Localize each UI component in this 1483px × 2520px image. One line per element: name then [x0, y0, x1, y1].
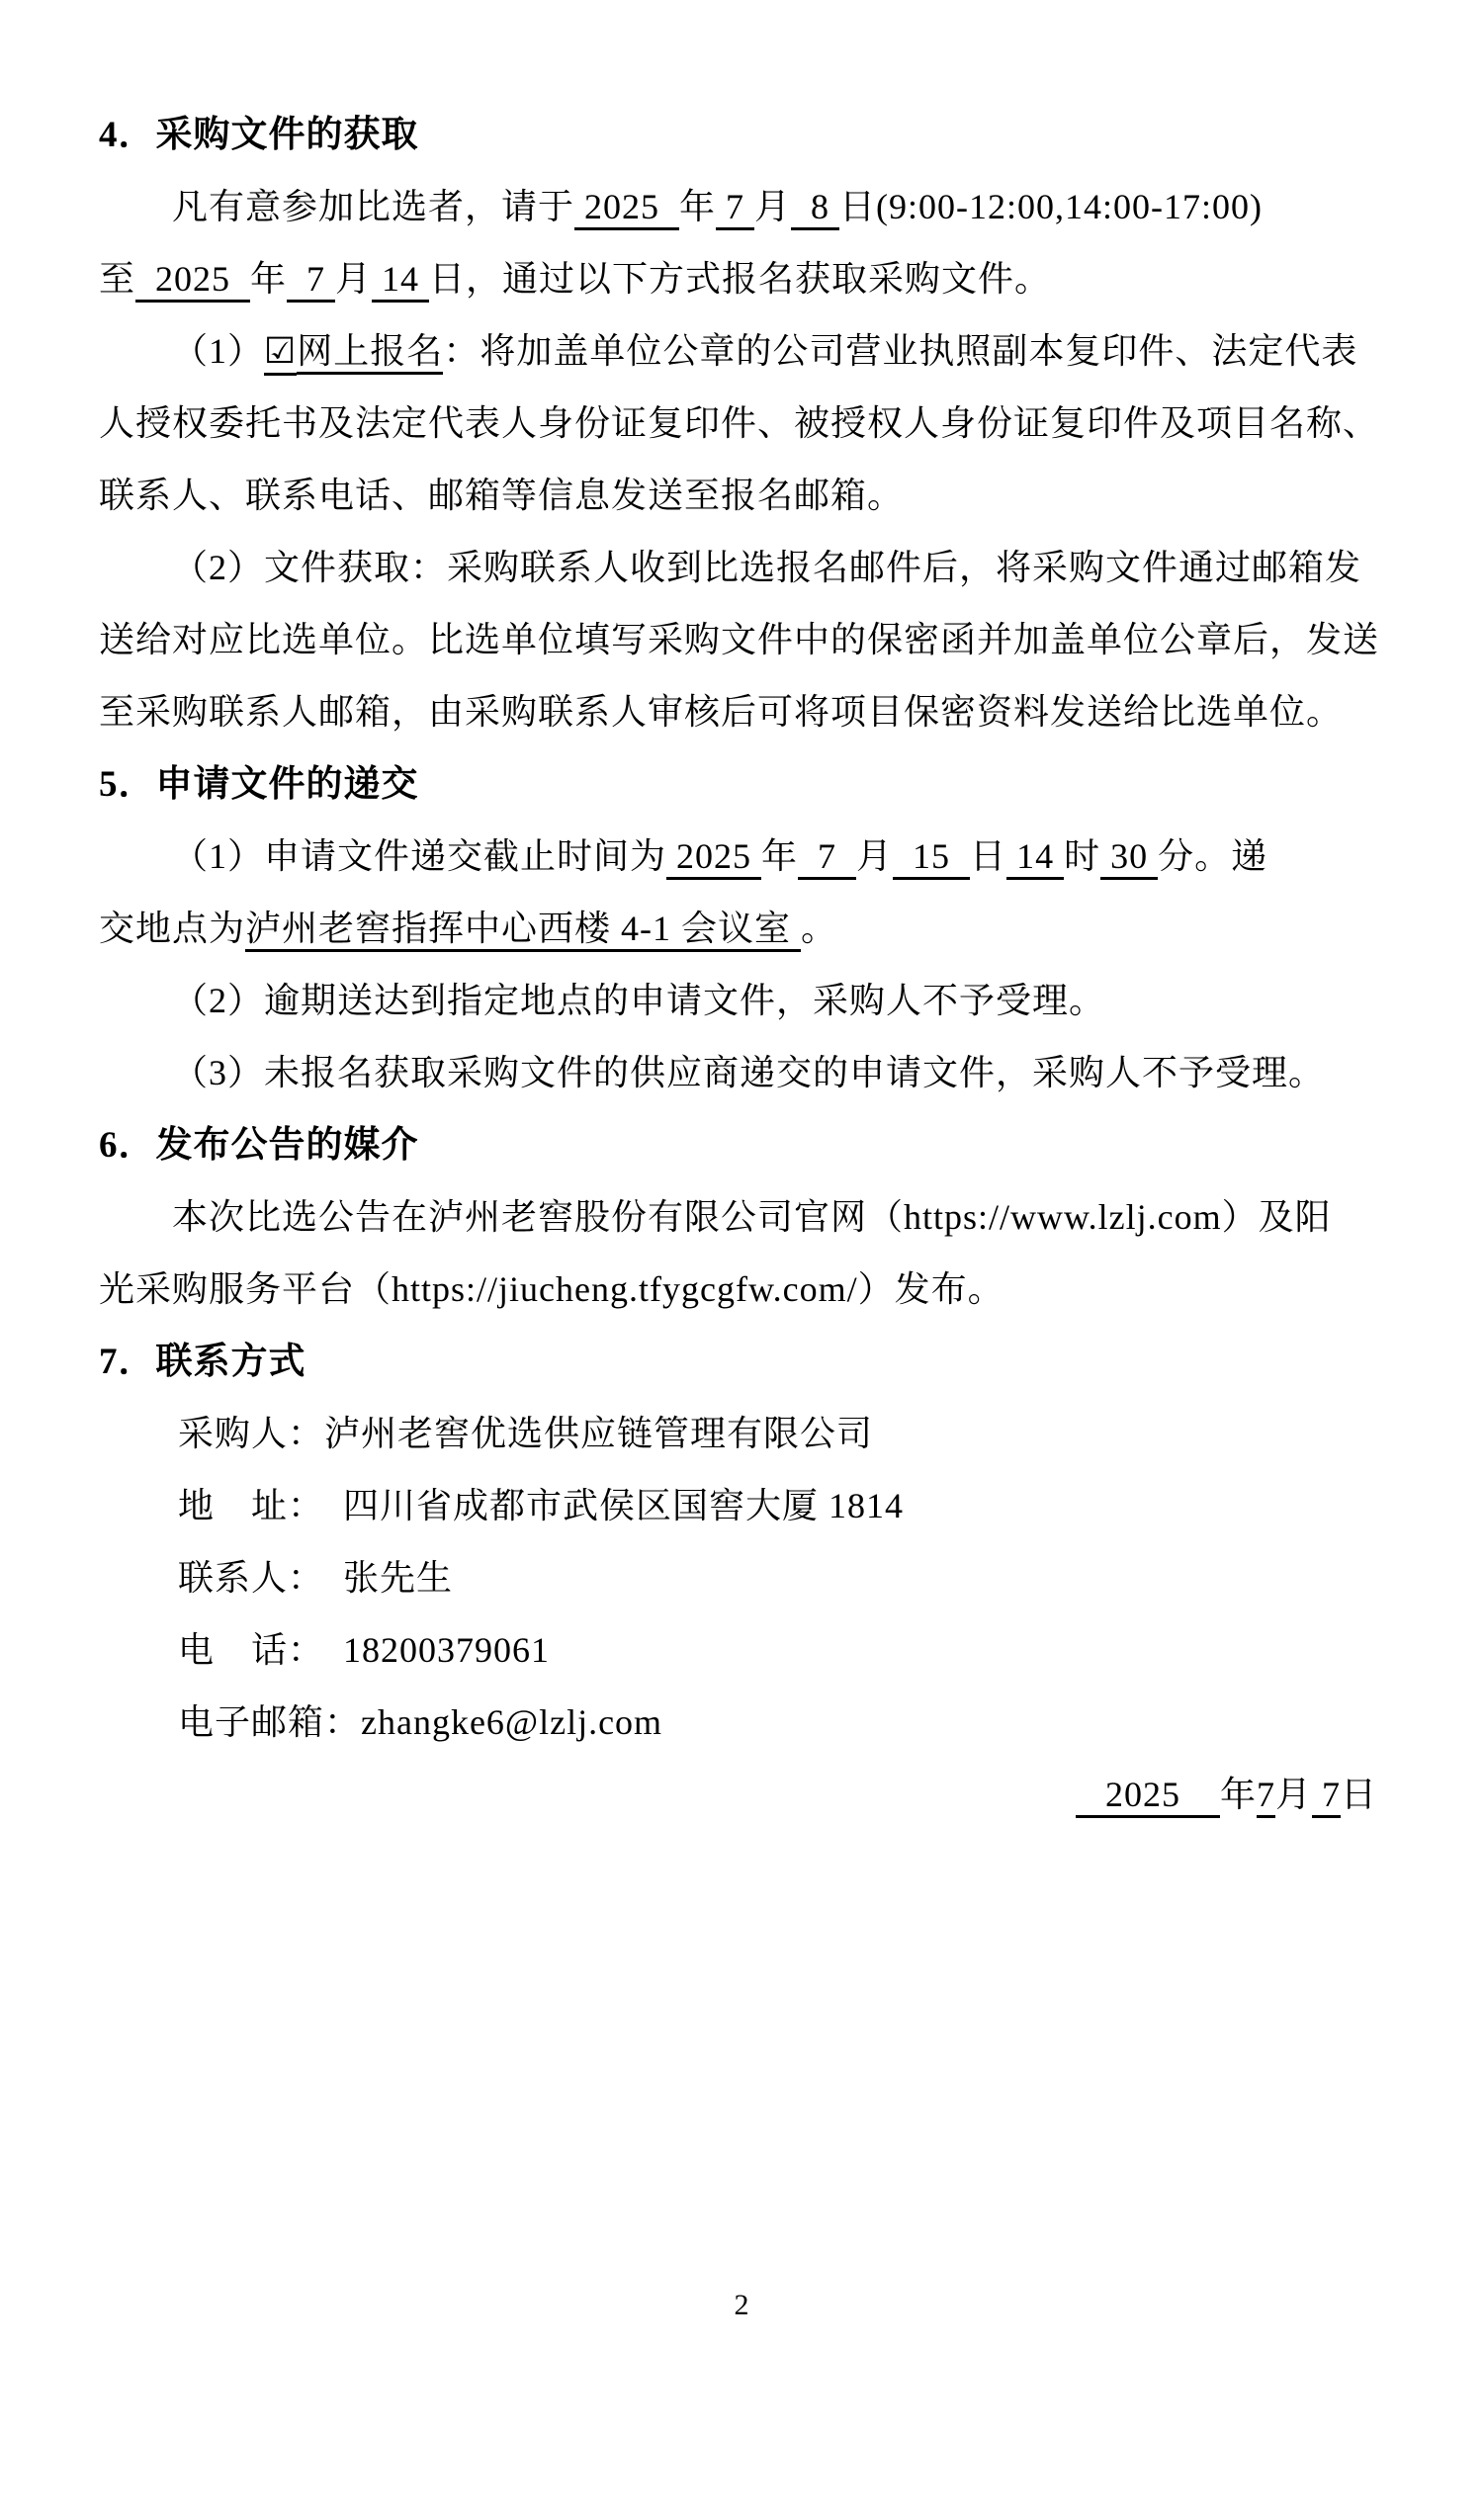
document-body: 4．采购文件的获取凡有意参加比选者，请于 2025 年 7 月 8 日(9:00… [99, 99, 1389, 1831]
underlined-field: 7 [798, 836, 856, 880]
text-segment: 年 [250, 259, 287, 299]
text-segment: 月 [335, 259, 372, 299]
underlined-field: 2025 [1076, 1775, 1220, 1818]
text-segment: 地 址： 四川省成都市武侯区国窖大厦 1814 [178, 1486, 904, 1525]
underlined-field: 30 [1100, 836, 1158, 880]
text-segment: 联系人： 张先生 [178, 1558, 453, 1598]
text-segment: （1） [172, 331, 264, 371]
text-segment: 4．采购文件的获取 [99, 115, 419, 155]
text-segment: 时 [1064, 836, 1100, 876]
para-file-obtain-line-3: 至采购联系人邮箱，由采购联系人审核后可将项目保密资料发送给比选单位。 [99, 676, 1389, 748]
para-online-registration-line-2: 人授权委托书及法定代表人身份证复印件、被授权人身份证复印件及项目名称、 [99, 388, 1389, 460]
text-segment: 年 [679, 187, 716, 226]
text-segment: （1）申请文件递交截止时间为 [172, 836, 666, 876]
text-segment: 联系人、联系电话、邮箱等信息发送至报名邮箱。 [99, 476, 904, 515]
page-number: 2 [0, 2286, 1483, 2325]
contact-phone: 电 话： 18200379061 [99, 1614, 1389, 1687]
para-announcement-media-line-2: 光采购服务平台（https://jiucheng.tfygcgfw.com/）发… [99, 1254, 1389, 1326]
text-segment: 月 [1275, 1775, 1312, 1814]
text-segment: 至采购联系人邮箱，由采购联系人审核后可将项目保密资料发送给比选单位。 [99, 692, 1343, 732]
para-registration-period-line-2: 至 2025 年 7 月 14 日，通过以下方式报名获取采购文件。 [99, 243, 1389, 315]
underlined-field: 泸州老窖指挥中心西楼 4-1 会议室 [245, 909, 801, 952]
text-segment: 日 [970, 836, 1006, 876]
para-registration-period-line-1: 凡有意参加比选者，请于 2025 年 7 月 8 日(9:00-12:00,14… [99, 171, 1389, 243]
text-segment: 日(9:00-12:00,14:00-17:00) [839, 187, 1263, 226]
signature-date: 2025 年7月 7日 [99, 1759, 1389, 1831]
para-file-obtain-line-1: （2）文件获取：采购联系人收到比选报名邮件后，将采购文件通过邮箱发 [99, 532, 1389, 604]
contact-address: 地 址： 四川省成都市武侯区国窖大厦 1814 [99, 1470, 1389, 1542]
text-segment: 年 [761, 836, 798, 876]
underlined-field: 7 [1257, 1775, 1275, 1818]
text-segment: 月 [856, 836, 893, 876]
text-segment: 至 [99, 259, 135, 299]
para-file-obtain-line-2: 送给对应比选单位。比选单位填写采购文件中的保密函并加盖单位公章后，发送 [99, 604, 1389, 676]
text-segment: 日 [1341, 1775, 1377, 1814]
underlined-field: 2025 [135, 259, 250, 303]
text-segment: 采购人：泸州老窖优选供应链管理有限公司 [178, 1414, 873, 1453]
text-segment: 6．发布公告的媒介 [99, 1125, 419, 1166]
para-deadline-line-1: （1）申请文件递交截止时间为 2025 年 7 月 15 日 14 时 30 分… [99, 821, 1389, 893]
text-segment: 送给对应比选单位。比选单位填写采购文件中的保密函并加盖单位公章后，发送 [99, 620, 1379, 659]
text-segment: 人授权委托书及法定代表人身份证复印件、被授权人身份证复印件及项目名称、 [99, 403, 1379, 443]
text-segment: 交地点为 [99, 909, 245, 948]
underlined-field: 7 [287, 259, 335, 303]
text-segment: 5．申请文件的递交 [99, 764, 419, 805]
text-segment: ：将加盖单位公章的公司营业执照副本复印件、法定代表 [443, 331, 1357, 371]
underlined-field: 7 [1312, 1775, 1341, 1818]
underlined-field: 8 [791, 187, 839, 230]
contact-email: 电子邮箱：zhangke6@lzlj.com [99, 1687, 1389, 1759]
document-page: 4．采购文件的获取凡有意参加比选者，请于 2025 年 7 月 8 日(9:00… [0, 0, 1483, 2520]
text-segment: 分。递 [1158, 836, 1267, 876]
para-deadline-line-2: 交地点为泸州老窖指挥中心西楼 4-1 会议室 。 [99, 893, 1389, 965]
para-online-registration-line-3: 联系人、联系电话、邮箱等信息发送至报名邮箱。 [99, 460, 1389, 532]
text-segment: 年 [1220, 1775, 1257, 1814]
text-segment: 7．联系方式 [99, 1342, 306, 1382]
underlined-field: 7 [716, 187, 754, 230]
text-segment: （2）文件获取：采购联系人收到比选报名邮件后，将采购文件通过邮箱发 [172, 548, 1361, 587]
contact-purchaser: 采购人：泸州老窖优选供应链管理有限公司 [99, 1398, 1389, 1470]
heading-section-5: 5．申请文件的递交 [99, 748, 1389, 821]
text-segment: （3）未报名获取采购文件的供应商递交的申请文件，采购人不予受理。 [172, 1053, 1325, 1092]
text-segment: 凡有意参加比选者，请于 [172, 187, 574, 226]
heading-section-7: 7．联系方式 [99, 1326, 1389, 1398]
para-announcement-media-line-1: 本次比选公告在泸州老窖股份有限公司官网（https://www.lzlj.com… [99, 1181, 1389, 1254]
underlined-field: 15 [893, 836, 970, 880]
text-segment: 。 [801, 909, 837, 948]
text-segment: 电 话： 18200379061 [178, 1630, 550, 1670]
contact-person: 联系人： 张先生 [99, 1542, 1389, 1614]
underlined-field: 网上报名 [297, 331, 443, 375]
underlined-field: 2025 [666, 836, 761, 880]
text-segment: 光采购服务平台（https://jiucheng.tfygcgfw.com/）发… [99, 1269, 1004, 1309]
text-segment: 电子邮箱：zhangke6@lzlj.com [178, 1702, 662, 1742]
heading-section-4: 4．采购文件的获取 [99, 99, 1389, 171]
text-segment: 本次比选公告在泸州老窖股份有限公司官网（https://www.lzlj.com… [172, 1197, 1332, 1237]
underlined-field: 14 [1006, 836, 1064, 880]
para-late-delivery: （2）逾期送达到指定地点的申请文件，采购人不予受理。 [99, 965, 1389, 1037]
checkbox-checked-icon: ☑ [264, 331, 297, 376]
para-unregistered-supplier: （3）未报名获取采购文件的供应商递交的申请文件，采购人不予受理。 [99, 1037, 1389, 1109]
heading-section-6: 6．发布公告的媒介 [99, 1109, 1389, 1181]
text-segment: 月 [754, 187, 791, 226]
underlined-field: 14 [372, 259, 429, 303]
text-segment: 日，通过以下方式报名获取采购文件。 [429, 259, 1051, 299]
para-online-registration-line-1: （1）☑网上报名：将加盖单位公章的公司营业执照副本复印件、法定代表 [99, 315, 1389, 388]
text-segment: （2）逾期送达到指定地点的申请文件，采购人不予受理。 [172, 981, 1105, 1020]
underlined-field: 2025 [574, 187, 679, 230]
